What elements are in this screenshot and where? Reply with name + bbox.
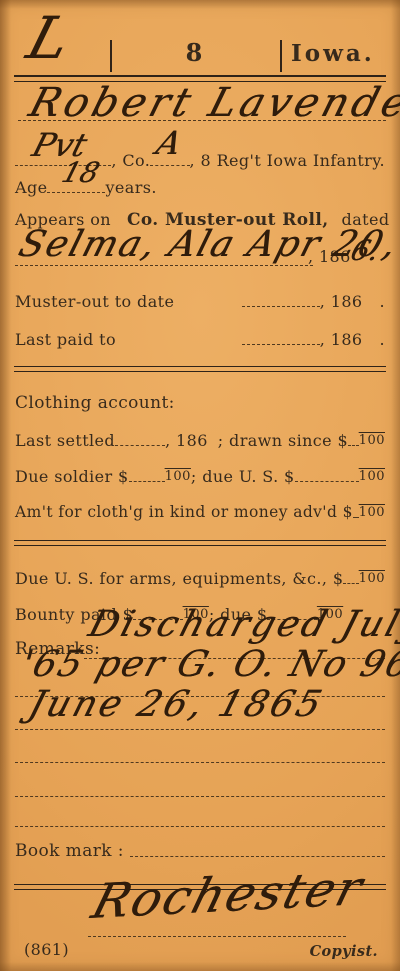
blank-line-2 [15, 796, 385, 797]
header-divider-2 [280, 40, 282, 72]
filing-letter: L [20, 4, 78, 72]
remarks-line1: Discharged July 21, [84, 604, 400, 645]
amt-cloth-row: Am't for cloth'g in kind or money adv'd … [15, 502, 385, 522]
section-rule-1 [14, 366, 386, 372]
company-prefix-label: , Co. [111, 152, 150, 170]
last-settled-leader [115, 445, 165, 446]
due-soldier-cents: 100 [165, 469, 191, 486]
age-leader [47, 192, 105, 193]
remarks-line3: June 26, 1865 [24, 684, 329, 725]
last-settled-row: Last settled , 186 ; drawn since $ 100 [15, 430, 385, 450]
arms-label: Due U. S. for arms, equipments, &c., $ [15, 570, 343, 588]
amt-cloth-label: Am't for cloth'g in kind or money adv'd … [15, 504, 353, 522]
remarks-underline-3 [15, 729, 385, 730]
due-soldier-leader [129, 481, 165, 482]
muster-out-card: L 8 Iowa. Robert Lavender , Co. , 8 Reg'… [0, 0, 400, 971]
age-label: Age [15, 179, 47, 197]
drawn-since-leader [348, 445, 359, 446]
book-mark-leader [130, 856, 385, 857]
muster-out-dot: . [380, 293, 386, 311]
form-number: (861) [24, 941, 69, 959]
soldier-name: Robert Lavender [24, 80, 400, 126]
company-leader [150, 165, 189, 166]
due-us-leader [295, 481, 359, 482]
regiment-number: 8 [176, 38, 212, 67]
roll-place-date: Selma, Ala Apr 20, [14, 224, 400, 265]
arms-leader [343, 583, 358, 584]
blank-line-1 [15, 762, 385, 763]
unit-label: , 8 Reg't Iowa Infantry. [190, 152, 385, 170]
due-soldier-label: Due soldier $ [15, 468, 129, 486]
last-settled-year: , 186 [165, 432, 208, 450]
muster-out-year: , 186 [320, 293, 363, 311]
clothing-heading: Clothing account: [15, 394, 175, 414]
state-name: Iowa. [291, 40, 375, 67]
remarks-line2: '65 per G. O. No 96 dated [16, 644, 400, 685]
drawn-since-cents: 100 [359, 433, 385, 450]
section-rule-2 [14, 540, 386, 546]
due-us-label: ; due U. S. $ [191, 468, 295, 486]
copyist-signature: Rochester [86, 860, 370, 930]
amt-cloth-cents: 100 [359, 505, 385, 522]
muster-out-row: Muster-out to date , 186 . [15, 291, 385, 311]
muster-out-leader [242, 306, 320, 307]
years-label: years. [105, 179, 156, 197]
last-paid-dot: . [380, 331, 386, 349]
last-settled-label: Last settled [15, 432, 115, 450]
last-paid-row: Last paid to , 186 . [15, 329, 385, 349]
blank-line-3 [15, 826, 385, 827]
header-divider-1 [110, 40, 112, 72]
due-us-cents: 100 [359, 469, 385, 486]
place-date-underline [15, 265, 313, 266]
due-soldier-row: Due soldier $ 100 ; due U. S. $ 100 [15, 466, 385, 486]
arms-row: Due U. S. for arms, equipments, &c., $ 1… [15, 568, 385, 588]
drawn-since-label: ; drawn since $ [218, 432, 348, 450]
last-paid-year: , 186 [320, 331, 363, 349]
book-mark-label: Book mark : [15, 842, 124, 862]
last-paid-leader [242, 344, 320, 345]
muster-out-label: Muster-out to date [15, 293, 174, 311]
copyist-label: Copyist. [310, 944, 378, 961]
signature-underline [88, 936, 346, 937]
book-mark-row: Book mark : [15, 842, 385, 862]
arms-cents: 100 [359, 571, 385, 588]
last-paid-label: Last paid to [15, 331, 116, 349]
